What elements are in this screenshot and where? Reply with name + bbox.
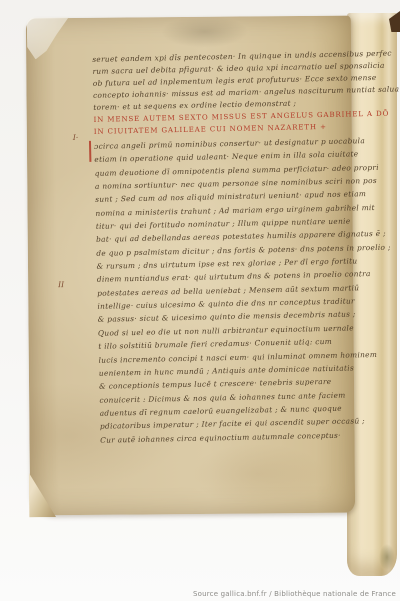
photo-canvas: I· II seruet eandem xpi dīs pentecosten·… — [0, 0, 400, 601]
marginal-numeral-1: I· — [73, 133, 78, 142]
top-paragraph: seruet eandem xpi dīs pentecosten· In qu… — [92, 47, 400, 114]
folded-corner — [29, 471, 57, 517]
manuscript-page: I· II seruet eandem xpi dīs pentecosten·… — [26, 16, 355, 516]
parchment-repair-patch — [27, 17, 69, 59]
text-block: seruet eandem xpi dīs pentecosten· In qu… — [92, 48, 352, 53]
red-paragraph-mark — [89, 141, 91, 162]
homily-body: ɔcirca angeli primū nominibus consertur·… — [94, 134, 395, 447]
marginal-numeral-2: II — [58, 280, 64, 289]
source-credit: Source gallica.bnf.fr / Bibliothèque nat… — [193, 590, 396, 598]
